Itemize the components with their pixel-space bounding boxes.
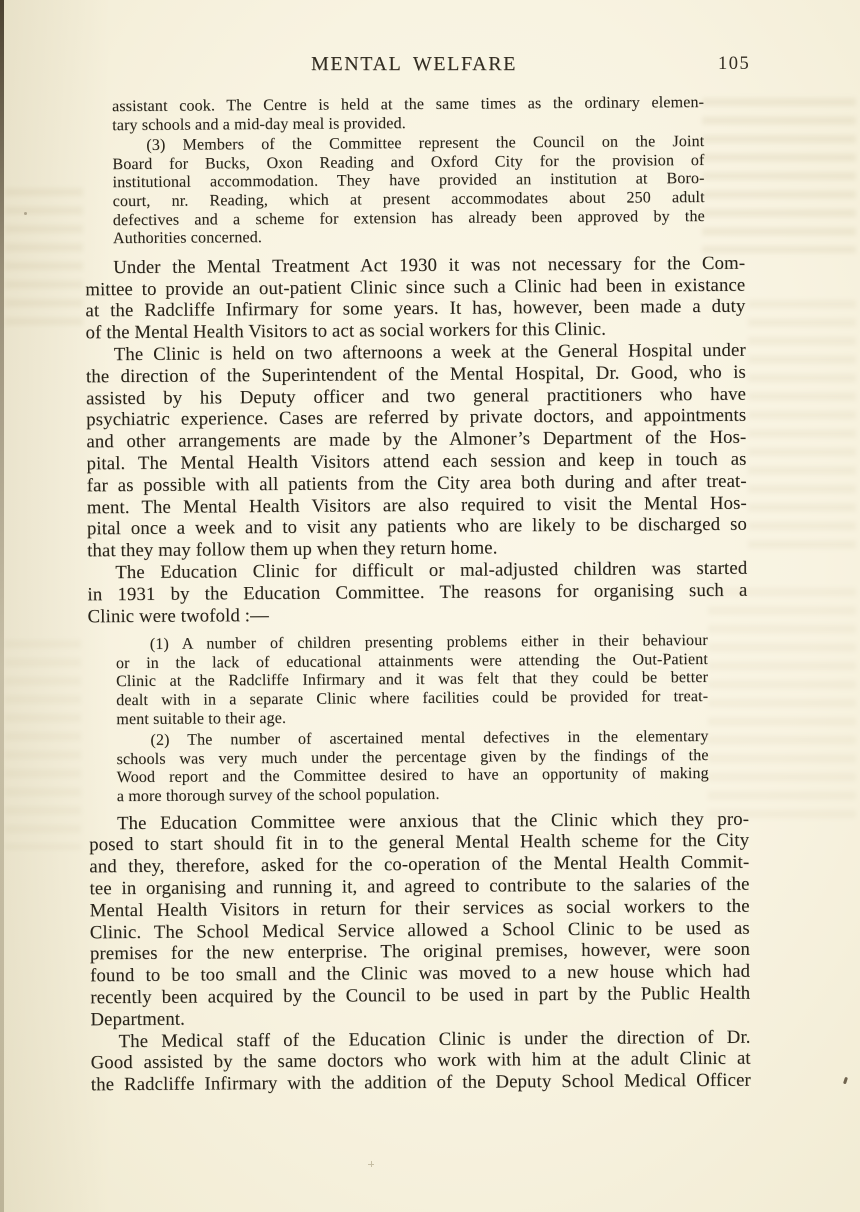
item-1-paragraph: (1) A number of children presenting prob…: [116, 632, 709, 729]
paragraph-medical-staff: The Medical staff of the Education Clini…: [91, 1026, 751, 1096]
page-number: 105: [718, 54, 750, 75]
text-line: ment suitable to their age.: [116, 707, 708, 730]
text-line: a more thorough survey of the school pop…: [117, 784, 709, 807]
item-2-paragraph: (2) The number of ascertained mental def…: [116, 728, 709, 807]
ink-mark: [843, 1077, 848, 1084]
show-through-smudge: [5, 188, 83, 328]
ink-speck: [24, 212, 27, 215]
continuation-paragraph: assistant cook. The Centre is held at th…: [112, 94, 704, 135]
show-through-smudge: [5, 640, 81, 850]
text-line: Authorities concerned.: [113, 226, 705, 249]
paragraph-clinic-held: The Clinic is held on two afternoons a w…: [86, 340, 748, 563]
text-line: recently been acquired by the Council to…: [90, 983, 750, 1009]
page-header: MENTAL WELFARE: [84, 53, 744, 76]
text-line: tary schools and a mid-day meal is provi…: [112, 113, 704, 136]
page-edge-shadow: [0, 0, 4, 1212]
paragraph-education-committee: The Education Committee were anxious tha…: [89, 808, 751, 1031]
paragraph-education-clinic: The Education Clinic for difficult or ma…: [87, 558, 747, 628]
running-head: MENTAL WELFARE: [84, 53, 744, 76]
show-through-smudge: [748, 300, 856, 555]
text-line: the Radcliffe Infirmary with the additio…: [91, 1070, 751, 1096]
text-column: assistant cook. The Centre is held at th…: [84, 94, 751, 1097]
text-line: Clinic were twofold :—: [88, 601, 748, 627]
paragraph-mental-treatment-act: Under the Mental Treatment Act 1930 it w…: [85, 252, 746, 344]
text-line: in 1931 by the Education Committee. The …: [87, 579, 747, 605]
page: MENTAL WELFARE 105 assistant cook. The C…: [0, 0, 860, 1212]
ink-speck: [368, 1161, 374, 1167]
item-3-paragraph: (3) Members of the Committee represent t…: [112, 133, 705, 249]
